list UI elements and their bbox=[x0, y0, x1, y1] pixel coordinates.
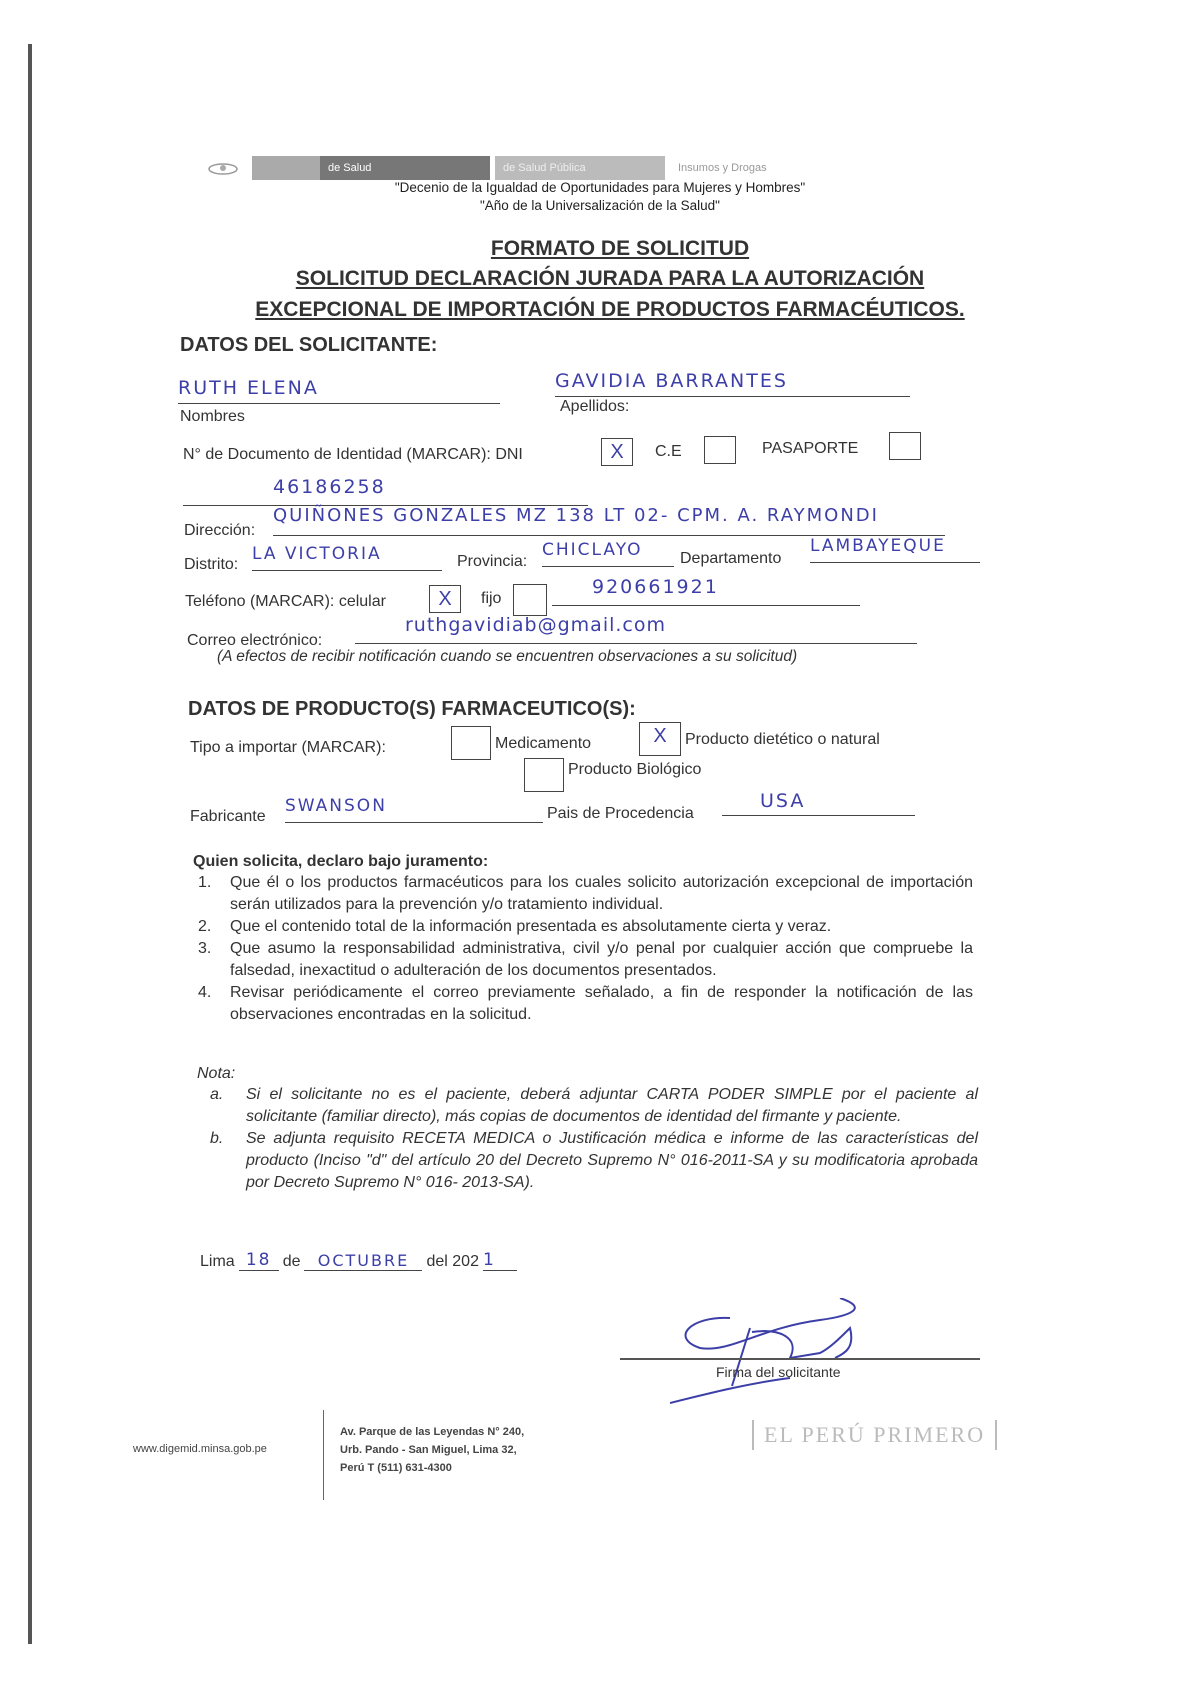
telefono-field[interactable]: 920661921 bbox=[552, 576, 860, 606]
fijo-checkbox[interactable] bbox=[513, 584, 547, 616]
pais-label: Pais de Procedencia bbox=[547, 805, 694, 823]
fijo-label: fijo bbox=[481, 590, 501, 608]
signature-label: Firma del solicitante bbox=[716, 1364, 841, 1380]
ce-label: C.E bbox=[655, 443, 682, 461]
fabricante-field[interactable]: SWANSON bbox=[285, 796, 543, 823]
date-month-field[interactable]: OCTUBRE bbox=[304, 1251, 422, 1271]
declaration-item: 4. Revisar periódicamente el correo prev… bbox=[198, 982, 973, 1026]
correo-field[interactable]: ruthgavidiab@gmail.com bbox=[355, 614, 917, 644]
telefono-label: Teléfono (MARCAR): celular bbox=[185, 593, 386, 611]
footer-address: Av. Parque de las Leyendas N° 240, Urb. … bbox=[340, 1423, 524, 1477]
nombres-label: Nombres bbox=[180, 408, 245, 426]
nombres-field[interactable]: RUTH ELENA bbox=[178, 377, 500, 404]
declaration-list: 1. Que él o los productos farmacéuticos … bbox=[198, 872, 973, 1026]
footer-website: www.digemid.minsa.gob.pe bbox=[133, 1443, 267, 1455]
date-day-field[interactable]: 18 bbox=[239, 1250, 279, 1271]
departamento-field[interactable]: LAMBAYEQUE bbox=[810, 536, 980, 563]
departamento-label: Departamento bbox=[680, 550, 781, 568]
title-solicitud: SOLICITUD DECLARACIÓN JURADA PARA LA AUT… bbox=[10, 267, 1200, 291]
coat-of-arms-icon bbox=[205, 160, 243, 176]
notes-list: a. Si el solicitante no es el paciente, … bbox=[210, 1084, 978, 1194]
doc-number-field[interactable]: 46186258 bbox=[183, 476, 588, 506]
distrito-label: Distrito: bbox=[184, 556, 238, 574]
dietetico-checkbox[interactable]: X bbox=[639, 722, 681, 756]
signature-line bbox=[620, 1358, 980, 1360]
footer-divider bbox=[323, 1410, 324, 1500]
apellidos-label: Apellidos: bbox=[560, 398, 629, 416]
correo-note: (A efectos de recibir notificación cuand… bbox=[217, 648, 797, 666]
direccion-label: Dirección: bbox=[184, 522, 255, 540]
biologico-checkbox[interactable] bbox=[524, 758, 564, 792]
medicamento-label: Medicamento bbox=[495, 735, 591, 753]
medicamento-checkbox[interactable] bbox=[451, 726, 491, 760]
date-line: Lima 18 de OCTUBRE del 202 1 bbox=[200, 1250, 517, 1271]
apellidos-field[interactable]: GAVIDIA BARRANTES bbox=[555, 370, 910, 397]
dni-checkbox[interactable]: X bbox=[601, 438, 633, 466]
motto-anio: "Año de la Universalización de la Salud" bbox=[0, 198, 1200, 213]
note-item: a. Si el solicitante no es el paciente, … bbox=[210, 1084, 978, 1128]
section-product: DATOS DE PRODUCTO(S) FARMACEUTICO(S): bbox=[188, 698, 636, 721]
dietetico-label: Producto dietético o natural bbox=[685, 731, 880, 749]
footer-slogan: EL PERÚ PRIMERO bbox=[752, 1420, 997, 1450]
celular-checkbox[interactable]: X bbox=[429, 585, 461, 613]
header-block-ministry bbox=[252, 156, 324, 180]
note-item: b. Se adjunta requisito RECETA MEDICA o … bbox=[210, 1128, 978, 1194]
provincia-field[interactable]: CHICLAYO bbox=[542, 540, 674, 567]
section-applicant: DATOS DEL SOLICITANTE: bbox=[180, 334, 437, 357]
signature-scribble bbox=[670, 1298, 910, 1413]
biologico-label: Producto Biológico bbox=[568, 761, 701, 779]
tipo-label: Tipo a importar (MARCAR): bbox=[190, 739, 386, 757]
title-formato: FORMATO DE SOLICITUD bbox=[20, 237, 1200, 261]
declaration-item: 3. Que asumo la responsabilidad administ… bbox=[198, 938, 973, 982]
date-year-field[interactable]: 1 bbox=[483, 1250, 517, 1271]
pasaporte-checkbox[interactable] bbox=[889, 432, 921, 460]
header-block-salud: de Salud bbox=[320, 156, 490, 180]
declaration-item: 1. Que él o los productos farmacéuticos … bbox=[198, 872, 973, 916]
header-block-insumos: Insumos y Drogas bbox=[678, 156, 767, 180]
ce-checkbox[interactable] bbox=[704, 436, 736, 464]
pasaporte-label: PASAPORTE bbox=[762, 440, 858, 458]
declaration-title: Quien solicita, declaro bajo juramento: bbox=[193, 851, 488, 873]
distrito-field[interactable]: LA VICTORIA bbox=[252, 544, 442, 571]
fabricante-label: Fabricante bbox=[190, 808, 266, 826]
pais-field[interactable]: USA bbox=[722, 790, 915, 816]
motto-decenio: "Decenio de la Igualdad de Oportunidades… bbox=[0, 180, 1200, 195]
doc-type-label: N° de Documento de Identidad (MARCAR): D… bbox=[183, 446, 523, 464]
provincia-label: Provincia: bbox=[457, 553, 527, 571]
header-block-salud-publica: de Salud Pública bbox=[495, 156, 665, 180]
direccion-field[interactable]: QUIÑONES GONZALES MZ 138 LT 02- CPM. A. … bbox=[273, 505, 945, 536]
notes-title: Nota: bbox=[197, 1063, 235, 1085]
declaration-item: 2. Que el contenido total de la informac… bbox=[198, 916, 973, 938]
title-importacion: EXCEPCIONAL DE IMPORTACIÓN DE PRODUCTOS … bbox=[10, 298, 1200, 322]
